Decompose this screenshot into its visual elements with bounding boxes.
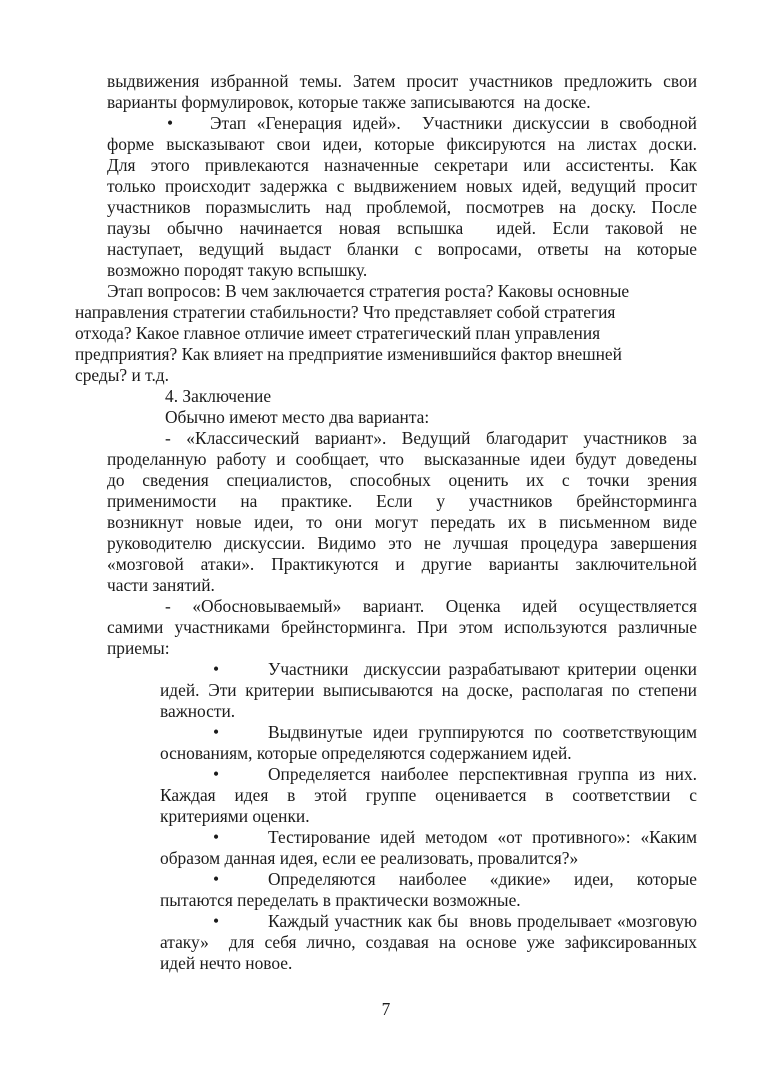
text-line: идей. Эти критерии выписываются на доске… [160, 680, 697, 701]
text-line: руководителю дискуссии. Видимо это не лу… [107, 533, 697, 554]
bullet-item: Этап «Генерация идей». Участники дискусс… [107, 113, 697, 281]
paragraph: Этап вопросов: В чем заключается стратег… [75, 281, 697, 386]
bullet-item: Определяется наиболее перспективная груп… [160, 764, 697, 827]
text-line: самими участниками брейнсторминга. При э… [107, 617, 697, 638]
text-line: Выдвинутые идеи группируются по соответс… [160, 722, 697, 743]
text-line: Каждая идея в этой группе оценивается в … [160, 785, 697, 806]
document-body: выдвижения избранной темы. Затем просит … [75, 71, 697, 974]
text-line: Участники дискуссии разрабатывают критер… [160, 659, 697, 680]
paragraph: выдвижения избранной темы. Затем просит … [107, 71, 697, 113]
text-line: предприятия? Как влияет на предприятие и… [75, 344, 697, 365]
text-line: Тестирование идей методом «от противного… [160, 827, 697, 848]
text-line: пытаются переделать в практически возмож… [160, 890, 697, 911]
text-line: критериями оценки. [160, 806, 697, 827]
text-line: варианты формулировок, которые также зап… [107, 92, 697, 113]
text-line: Обычно имеют место два варианта: [107, 407, 697, 428]
bullet-item: Каждый участник как бы вновь проделывает… [160, 911, 697, 974]
bullet-marker-icon: • [213, 911, 219, 932]
text-line: отхода? Какое главное отличие имеет стра… [75, 323, 697, 344]
text-line: участников поразмыслить над проблемой, п… [107, 197, 697, 218]
document-page: выдвижения избранной темы. Затем просит … [0, 0, 763, 1080]
text-line: 4. Заключение [107, 386, 697, 407]
bullet-item: Участники дискуссии разрабатывают критер… [160, 659, 697, 722]
text-line: паузы обычно начинается новая вспышка ид… [107, 218, 697, 239]
paragraph: - «Обосновываемый» вариант. Оценка идей … [107, 596, 697, 659]
page-number: 7 [75, 999, 697, 1020]
bullet-marker-icon: • [213, 869, 219, 890]
text-line: важности. [160, 701, 697, 722]
text-line: Определяются наиболее «дикие» идеи, кото… [160, 869, 697, 890]
paragraph: Обычно имеют место два варианта: [107, 407, 697, 428]
bullet-item: Выдвинутые идеи группируются по соответс… [160, 722, 697, 764]
text-line: выдвижения избранной темы. Затем просит … [107, 71, 697, 92]
text-line: - «Классический вариант». Ведущий благод… [107, 428, 697, 449]
text-line: применимости на практике. Если у участни… [107, 491, 697, 512]
text-line: возможно породят такую вспышку. [107, 260, 697, 281]
text-line: Для этого привлекаются назначенные секре… [107, 155, 697, 176]
text-line: возникнут новые идеи, то они могут перед… [107, 512, 697, 533]
text-line: атаку» для себя лично, создавая на основ… [160, 932, 697, 953]
text-line: приемы: [107, 638, 697, 659]
bullet-marker-icon: • [213, 827, 219, 848]
bullet-marker-icon: • [213, 722, 219, 743]
bullet-marker-icon: • [213, 764, 219, 785]
text-line: образом данная идея, если ее реализовать… [160, 848, 697, 869]
bullet-item: Определяются наиболее «дикие» идеи, кото… [160, 869, 697, 911]
paragraph: - «Классический вариант». Ведущий благод… [107, 428, 697, 596]
text-line: идей нечто новое. [160, 953, 697, 974]
text-line: Этап вопросов: В чем заключается стратег… [75, 281, 697, 302]
text-line: «мозговой атаки». Практикуются и другие … [107, 554, 697, 575]
text-line: до сведения специалистов, способных оцен… [107, 470, 697, 491]
text-line: наступает, ведущий выдаст бланки с вопро… [107, 239, 697, 260]
text-line: части занятий. [107, 575, 697, 596]
bullet-marker-icon: • [213, 659, 219, 680]
text-line: проделанную работу и сообщает, что выска… [107, 449, 697, 470]
text-line: - «Обосновываемый» вариант. Оценка идей … [107, 596, 697, 617]
text-line: основаниям, которые определяются содержа… [160, 743, 697, 764]
text-line: среды? и т.д. [75, 365, 697, 386]
text-line: Каждый участник как бы вновь проделывает… [160, 911, 697, 932]
bullet-item: Тестирование идей методом «от противного… [160, 827, 697, 869]
text-line: Этап «Генерация идей». Участники дискусс… [107, 113, 697, 134]
text-line: форме высказывают свои идеи, которые фик… [107, 134, 697, 155]
bullet-marker-icon: • [167, 113, 173, 134]
text-line: только происходит задержка с выдвижением… [107, 176, 697, 197]
text-line: направления стратегии стабильности? Что … [75, 302, 697, 323]
text-line: Определяется наиболее перспективная груп… [160, 764, 697, 785]
paragraph: 4. Заключение [107, 386, 697, 407]
